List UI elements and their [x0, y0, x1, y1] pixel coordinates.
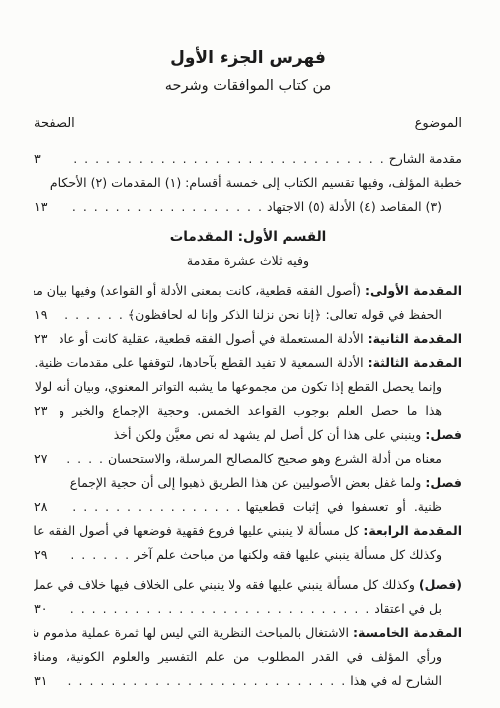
- page-title: فهرس الجزء الأول: [34, 46, 462, 70]
- page-number: ٢٣: [34, 399, 56, 423]
- toc-line-text: (أصول الفقه قطعية، كانت بمعنى الأدلة أو …: [34, 279, 361, 303]
- toc-line: المقدمة الأولى:(أصول الفقه قطعية، كانت ب…: [34, 279, 462, 303]
- toc-line-text: الشارح له في هذا: [350, 669, 442, 693]
- column-page-label: الصفحة: [34, 116, 75, 131]
- page-number: ٢٧: [34, 447, 56, 471]
- dot-leader: [65, 495, 240, 519]
- column-subject-label: الموضوع: [415, 116, 462, 131]
- toc-line: الشارح له في هذا٣١: [34, 669, 462, 693]
- page-subtitle: من كتاب الموافقات وشرحه: [34, 74, 462, 98]
- toc-line-text: مقدمة الشارح: [389, 147, 462, 171]
- toc-line: ظنية. أو تعسفوا في إثبات قطعيتها٢٨: [34, 495, 462, 519]
- toc-line-lead: المقدمة الخامسة:: [353, 621, 462, 645]
- toc-line-lead: المقدمة الثالثة:: [368, 351, 462, 375]
- toc-line-text: الحفظ في قوله تعالى: ﴿إنا نحن نزلنا الذك…: [128, 303, 442, 327]
- page-number: ٣١: [34, 669, 56, 693]
- page-number: ١٩: [34, 303, 56, 327]
- toc-line-text: ولما غفل بعض الأصوليين عن هذا الطريق ذهب…: [70, 471, 422, 495]
- toc-line-lead: فصل:: [425, 423, 462, 447]
- toc-line-lead: (فصل): [419, 573, 462, 597]
- toc-line: الحفظ في قوله تعالى: ﴿إنا نحن نزلنا الذك…: [34, 303, 462, 327]
- toc-line-text: الأدلة السمعية لا تفيد القطع بآحادها، لت…: [34, 351, 363, 375]
- toc-line-text: الاشتغال بالمباحث النظرية التي ليس لها ث…: [34, 621, 349, 645]
- page-number: ١٣: [34, 195, 56, 219]
- toc-line: المقدمة الخامسة:الاشتغال بالمباحث النظري…: [34, 621, 462, 645]
- page-number: ٢٨: [34, 495, 56, 519]
- page-number: ٣: [34, 147, 56, 171]
- toc-line-text: ظنية. أو تعسفوا في إثبات قطعيتها: [245, 495, 442, 519]
- toc-line: (٣) المقاصد (٤) الأدلة (٥) الاجتهاد١٣: [34, 195, 462, 219]
- toc-line-text: وكذلك كل مسألة ينبني عليها فقه ولا ينبني…: [34, 573, 415, 597]
- section-heading: القسم الأول: المقدمات: [34, 225, 462, 249]
- toc-line: المقدمة الثالثة:الأدلة السمعية لا تفيد ا…: [34, 351, 462, 375]
- toc-line: (فصل)وكذلك كل مسألة ينبني عليها فقه ولا …: [34, 573, 462, 597]
- toc-line-text: وينبني على هذا أن كل أصل لم يشهد له نص م…: [114, 423, 422, 447]
- toc-line: مقدمة الشارح٣: [34, 147, 462, 171]
- toc-line-text: كل مسألة لا ينبني عليها فروع فقهية فوضعه…: [34, 519, 359, 543]
- dot-leader: [65, 597, 369, 621]
- toc-line-text: وكذلك كل مسألة ينبني عليها فقه ولكنها من…: [134, 543, 442, 567]
- toc-line: معناه من أدلة الشرع وهو صحيح كالمصالح ال…: [34, 447, 462, 471]
- toc-line-lead: المقدمة الرابعة:: [363, 519, 462, 543]
- toc-line-lead: فصل:: [425, 471, 462, 495]
- toc-line: خطبة المؤلف، وفيها تقسيم الكتاب إلى خمسة…: [34, 171, 462, 195]
- toc-line: فصل:ولما غفل بعض الأصوليين عن هذا الطريق…: [34, 471, 462, 495]
- page-number: ٣٠: [34, 597, 56, 621]
- toc-line-text: بل في اعتقاد: [374, 597, 442, 621]
- toc-line-lead: المقدمة الثانية:: [368, 327, 462, 351]
- toc-line: وكذلك كل مسألة ينبني عليها فقه ولكنها من…: [34, 543, 462, 567]
- toc-line: وإنما يحصل القطع إذا تكون من مجموعها ما …: [34, 375, 462, 399]
- toc-line: المقدمة الثانية:الأدلة المستعملة في أصول…: [34, 327, 462, 351]
- toc-line-text: الأدلة المستعملة في أصول الفقه قطعية، عق…: [60, 327, 364, 351]
- toc-line: هذا ما حصل العلم بوجوب القواعد الخمس. وح…: [34, 399, 462, 423]
- toc-line-lead: المقدمة الأولى:: [365, 279, 462, 303]
- toc-line: فصل:وينبني على هذا أن كل أصل لم يشهد له …: [34, 423, 462, 447]
- dot-leader: [65, 195, 262, 219]
- toc-line-text: هذا ما حصل العلم بوجوب القواعد الخمس. وح…: [60, 399, 442, 423]
- toc-line-text: وإنما يحصل القطع إذا تكون من مجموعها ما …: [35, 375, 442, 399]
- toc-line: المقدمة الرابعة:كل مسألة لا ينبني عليها …: [34, 519, 462, 543]
- toc-line: بل في اعتقاد٣٠: [34, 597, 462, 621]
- dot-leader: [65, 447, 103, 471]
- toc-line-text: (٣) المقاصد (٤) الأدلة (٥) الاجتهاد: [267, 195, 442, 219]
- page-number: ٢٣: [34, 327, 56, 351]
- section-subheading: وفيه ثلاث عشرة مقدمة: [34, 249, 462, 273]
- toc-line-text: معناه من أدلة الشرع وهو صحيح كالمصالح ال…: [108, 447, 442, 471]
- page-number: ٢٩: [34, 543, 56, 567]
- dot-leader: [65, 543, 129, 567]
- column-header-row: الموضوع الصفحة: [34, 116, 462, 131]
- dot-leader: [65, 147, 384, 171]
- toc: مقدمة الشارح٣خطبة المؤلف، وفيها تقسيم ال…: [34, 147, 462, 693]
- toc-line: ورأي المؤلف في القدر المطلوب من علم التف…: [34, 645, 462, 669]
- toc-line-text: خطبة المؤلف، وفيها تقسيم الكتاب إلى خمسة…: [50, 171, 462, 195]
- book-page: فهرس الجزء الأول من كتاب الموافقات وشرحه…: [0, 0, 500, 693]
- dot-leader: [65, 303, 123, 327]
- toc-line-text: ورأي المؤلف في القدر المطلوب من علم التف…: [34, 645, 442, 669]
- dot-leader: [65, 669, 345, 693]
